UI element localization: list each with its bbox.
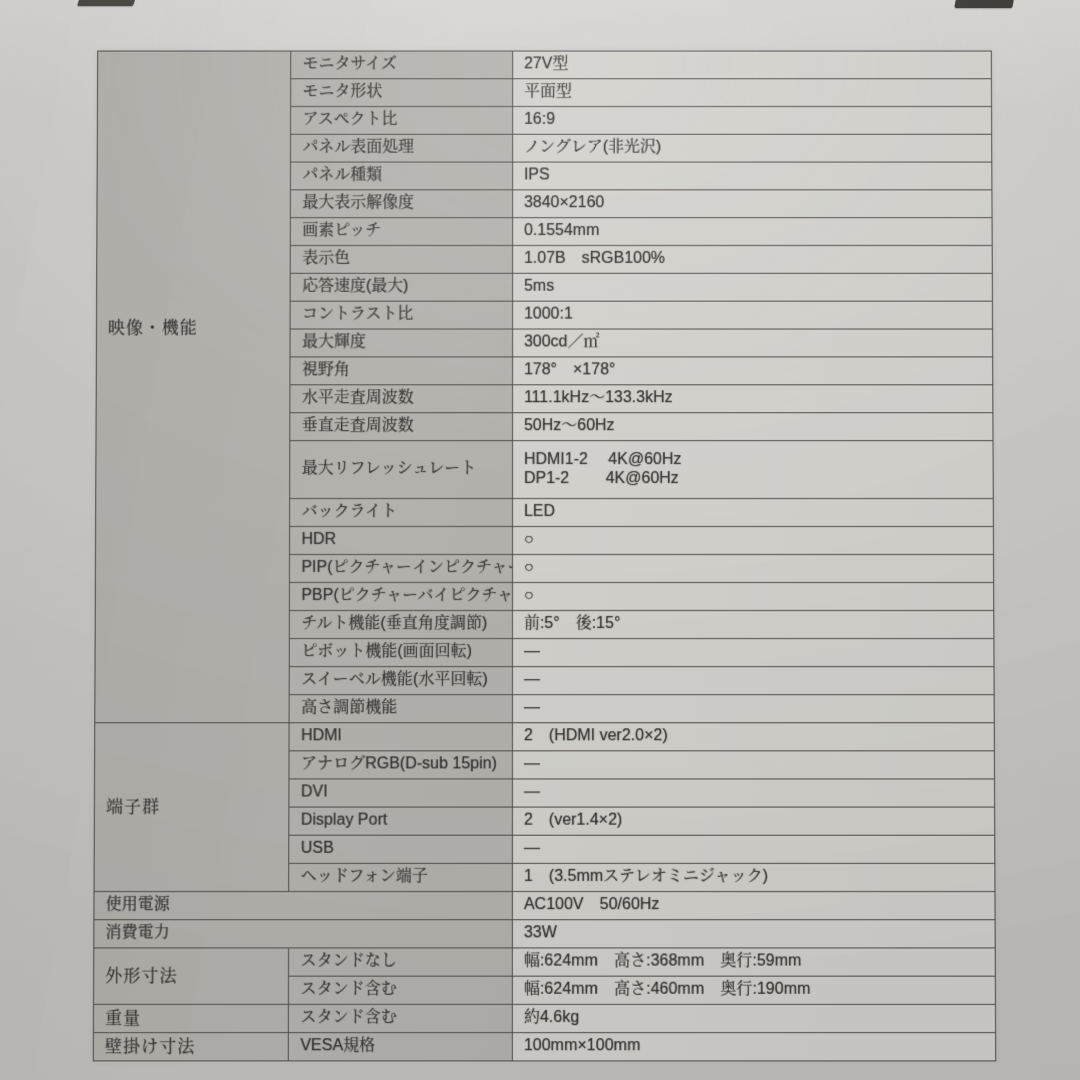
table-row-wall-mount: 壁掛け寸法 VESA規格 100mm×100mm [94, 1033, 996, 1061]
spec-label: アスペクト比 [291, 107, 513, 135]
refresh-rate-hdmi: HDMI1-2 4K@60Hz [524, 451, 982, 469]
spec-label: Display Port [290, 808, 513, 836]
spec-label: 画素ピッチ [291, 218, 513, 246]
full-width-label: 使用電源 [94, 892, 512, 920]
spec-label: モニタ形状 [292, 79, 514, 107]
refresh-rate-dp: DP1-2 4K@60Hz [524, 470, 982, 488]
spec-value: HDMI1-2 4K@60Hz DP1-2 4K@60Hz [513, 441, 994, 499]
category-label: 端子群 [106, 797, 160, 816]
full-width-label: 消費電力 [94, 920, 513, 948]
spec-label: PIP(ピクチャーインピクチャー) [290, 555, 513, 583]
category-cell-dimensions: 外形寸法 [94, 948, 289, 1004]
spec-value: 幅:624mm 高さ:368mm 奥行:59mm [513, 948, 996, 976]
table-row: 映像・機能 モニタサイズ 27V型 [98, 52, 992, 80]
spec-value: — [513, 695, 995, 723]
spec-label: PBP(ピクチャーバイピクチャー) [290, 583, 513, 611]
spec-value: 100mm×100mm [513, 1033, 996, 1061]
category-cell-terminals: 端子群 [95, 723, 290, 892]
spec-value: 3840×2160 [513, 190, 993, 218]
monitor-spec-table: 映像・機能 モニタサイズ 27V型 モニタ形状平面型 アスペクト比16:9 パネ… [93, 51, 996, 1062]
spec-value: — [513, 639, 995, 667]
spec-label: 最大輝度 [291, 330, 513, 358]
spec-label: パネル種類 [291, 163, 513, 191]
spec-label: スイーベル機能(水平回転) [290, 667, 513, 695]
spec-value: 1 (3.5mmステレオミニジャック) [513, 864, 996, 892]
spec-value: 約4.6kg [513, 1005, 996, 1033]
spec-label: 高さ調節機能 [290, 695, 513, 723]
table-row-power-supply: 使用電源 AC100V 50/60Hz [94, 892, 995, 920]
spec-label: コントラスト比 [291, 302, 513, 330]
spec-value: 111.1kHz～133.3kHz [513, 385, 993, 413]
spec-value: 平面型 [513, 79, 992, 107]
spec-value: ノングレア(非光沢) [513, 135, 992, 163]
background-object-top-right [954, 0, 1013, 8]
spec-label: バックライト [290, 499, 512, 527]
table-row-weight: 重量 スタンド含む 約4.6kg [94, 1005, 996, 1033]
spec-label: アナログRGB(D-sub 15pin) [290, 751, 513, 779]
spec-label: VESA規格 [289, 1033, 513, 1061]
table-row: 端子群 HDMI 2 (HDMI ver2.0×2) [95, 723, 995, 751]
spec-value: AC100V 50/60Hz [513, 892, 996, 920]
spec-label: 表示色 [291, 246, 513, 274]
spec-label: スタンド含む [289, 977, 512, 1005]
spec-value: — [513, 751, 995, 779]
spec-value: 2 (HDMI ver2.0×2) [513, 723, 995, 751]
spec-label: USB [290, 836, 513, 864]
spec-value: ○ [513, 583, 994, 611]
table-row-power-consumption: 消費電力 33W [94, 920, 995, 948]
spec-label: モニタサイズ [292, 52, 513, 80]
spec-label: ヘッドフォン端子 [290, 864, 513, 892]
spec-value: — [513, 667, 995, 695]
spec-label: 水平走査周波数 [291, 385, 513, 413]
category-cell-wall-mount: 壁掛け寸法 [94, 1033, 289, 1061]
spec-label: 応答速度(最大) [291, 274, 513, 302]
spec-value: 178° ×178° [513, 357, 993, 385]
spec-value: 50Hz～60Hz [513, 413, 994, 441]
spec-label: 視野角 [291, 357, 513, 385]
spec-label: ピボット機能(画面回転) [290, 639, 513, 667]
spec-label: HDMI [290, 723, 513, 751]
spec-value: — [513, 779, 995, 807]
spec-label: チルト機能(垂直角度調節) [290, 611, 513, 639]
background-object-top-left [77, 0, 135, 6]
spec-label: DVI [290, 779, 513, 807]
spec-value: 前:5° 後:15° [513, 611, 994, 639]
spec-value: 幅:624mm 高さ:460mm 奥行:190mm [513, 977, 996, 1005]
spec-value: ○ [513, 555, 994, 583]
category-cell-video-functions: 映像・機能 [95, 52, 291, 724]
spec-value: 33W [513, 920, 996, 948]
spec-table: 映像・機能 モニタサイズ 27V型 モニタ形状平面型 アスペクト比16:9 パネ… [94, 52, 996, 1062]
spec-label: 最大表示解像度 [291, 190, 513, 218]
category-label: 外形寸法 [105, 966, 177, 985]
spec-label: パネル表面処理 [291, 135, 513, 163]
category-label: 映像・機能 [108, 318, 198, 337]
spec-value: — [513, 836, 996, 864]
spec-value: 0.1554mm [513, 218, 993, 246]
spec-label: スタンド含む [289, 1005, 513, 1033]
spec-label: スタンドなし [289, 948, 512, 976]
spec-value: ○ [513, 527, 994, 555]
spec-value: 27V型 [513, 52, 992, 80]
spec-sheet-photo: 映像・機能 モニタサイズ 27V型 モニタ形状平面型 アスペクト比16:9 パネ… [0, 0, 1080, 1080]
category-cell-weight: 重量 [94, 1005, 289, 1033]
table-row: 外形寸法 スタンドなし 幅:624mm 高さ:368mm 奥行:59mm [94, 948, 996, 976]
spec-label: HDR [290, 527, 512, 555]
spec-value: IPS [513, 163, 992, 191]
spec-value: 1000:1 [513, 302, 993, 330]
spec-value: LED [513, 499, 994, 527]
spec-value: 1.07B sRGB100% [513, 246, 993, 274]
spec-value: 300cd／㎡ [513, 330, 993, 358]
spec-value: 16:9 [513, 107, 992, 135]
spec-label: 垂直走査周波数 [291, 413, 513, 441]
spec-value: 5ms [513, 274, 993, 302]
spec-label: 最大リフレッシュレート [291, 441, 513, 499]
spec-value: 2 (ver1.4×2) [513, 808, 995, 836]
